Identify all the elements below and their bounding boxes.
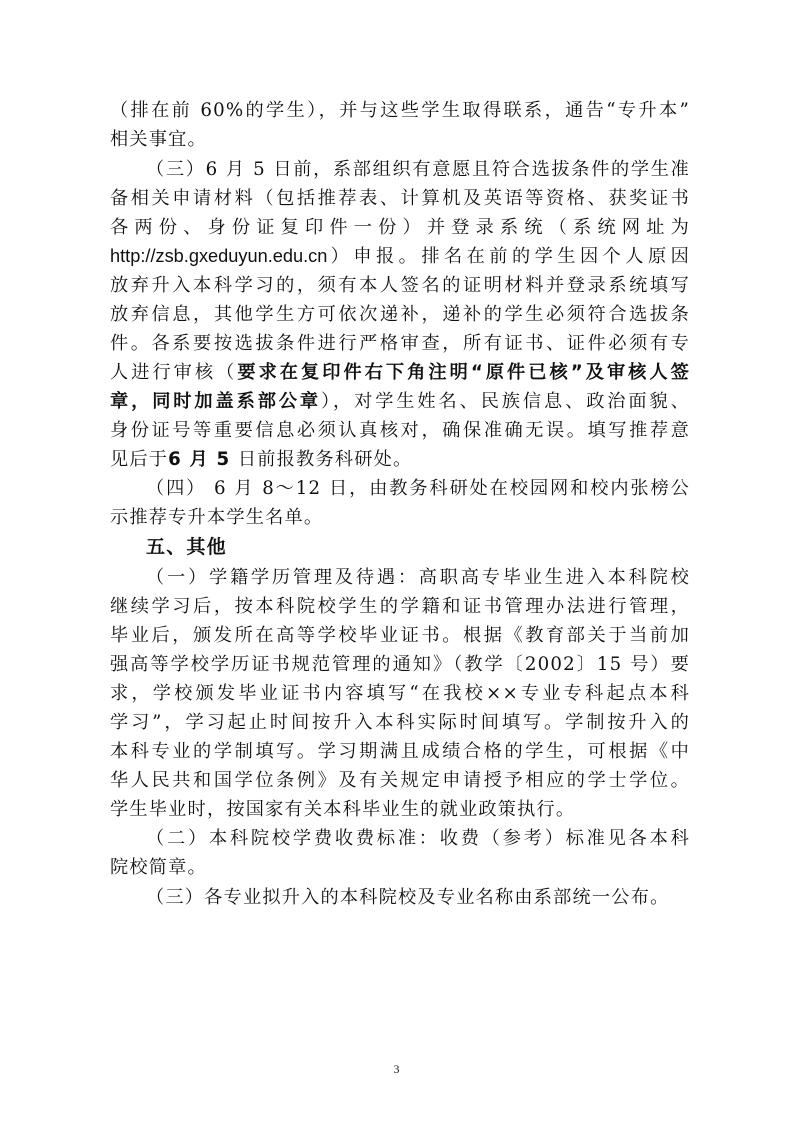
paragraph-line: 学生毕业时，按国家有关本科毕业生的就业政策执行。 [110,795,690,824]
paragraph-line: 见后于6 月 5 日前报教务科研处。 [110,445,690,474]
paragraph-line: 放弃信息，其他学生方可依次递补，递补的学生必须符合选拔条 [110,300,690,329]
line-text: 见后于 [110,449,168,470]
paragraph-line: 备相关申请材料（包括推荐表、计算机及英语等资格、获奖证书 [110,184,690,213]
bold-date-text: 6 月 5 [168,449,238,470]
paragraph-line: 求，学校颁发毕业证书内容填写“在我校××专业专科起点本科 [110,679,690,708]
paragraph-line: 院校简章。 [110,853,690,882]
line-text: ）申报。排名在前的学生因个人原因 [327,246,690,267]
paragraph-line: 华人民共和国学位条例》及有关规定申请授予相应的学士学位。 [110,766,690,795]
paragraph-line: 放弃升入本科学习的，须有本人签名的证明材料并登录系统填写 [110,271,690,300]
paragraph-line: 本科专业的学制填写。学习期满且成绩合格的学生，可根据《中 [110,737,690,766]
paragraph-line: 件。各系要按选拔条件进行严格审查，所有证书、证件必须有专 [110,329,690,358]
bold-requirement-text: 要求在复印件右下角注明“原件已核”及审核人签 [237,362,690,383]
line-text: 人进行审核（ [110,362,237,383]
paragraph-line: 相关事宜。 [110,125,690,154]
line-text: ），对学生姓名、民族信息、政治面貌、 [321,391,690,412]
paragraph-line: 章，同时加盖系部公章），对学生姓名、民族信息、政治面貌、 [110,387,690,416]
paragraph-line: 人进行审核（要求在复印件右下角注明“原件已核”及审核人签 [110,358,690,387]
page-number: 3 [0,1062,793,1077]
paragraph-line: 学习”，学习起止时间按升入本科实际时间填写。学制按升入的 [110,708,690,737]
section-heading: 五、其他 [146,533,690,562]
paragraph-line: （四） 6 月 8～12 日，由教务科研处在校园网和校内张榜公 [146,474,690,503]
paragraph-line: （三）6 月 5 日前，系部组织有意愿且符合选拔条件的学生准 [146,155,690,184]
paragraph-line: 继续学习后，按本科院校学生的学籍和证书管理办法进行管理， [110,592,690,621]
paragraph-line: 毕业后，颁发所在高等学校毕业证书。根据《教育部关于当前加 [110,621,690,650]
paragraph-line: 示推荐专升本学生名单。 [110,503,690,532]
paragraph-line: （二）本科院校学费收费标准：收费（参考）标准见各本科 [146,824,690,853]
paragraph-line: 各两份、身份证复印件一份）并登录系统（系统网址为 [110,213,690,242]
paragraph-line: 身份证号等重要信息必须认真核对，确保准确无误。填写推荐意 [110,416,690,445]
paragraph-line: （三）各专业拟升入的本科院校及专业名称由系部统一公布。 [146,883,690,912]
document-page: （排在前 60%的学生），并与这些学生取得联系，通告“专升本” 相关事宜。 （三… [0,0,793,1122]
paragraph-line: （一）学籍学历管理及待遇：高职高专毕业生进入本科院校 [146,563,690,592]
system-url-link[interactable]: http://zsb.gxeduyun.edu.cn [110,246,327,266]
bold-requirement-text: 章，同时加盖系部公章 [110,391,321,412]
paragraph-line: http://zsb.gxeduyun.edu.cn）申报。排名在前的学生因个人… [110,242,690,271]
paragraph-line: （排在前 60%的学生），并与这些学生取得联系，通告“专升本” [110,96,690,125]
line-text: 日前报教务科研处。 [238,449,413,470]
paragraph-line: 强高等学校学历证书规范管理的通知》（教学〔2002〕15 号）要 [110,650,690,679]
